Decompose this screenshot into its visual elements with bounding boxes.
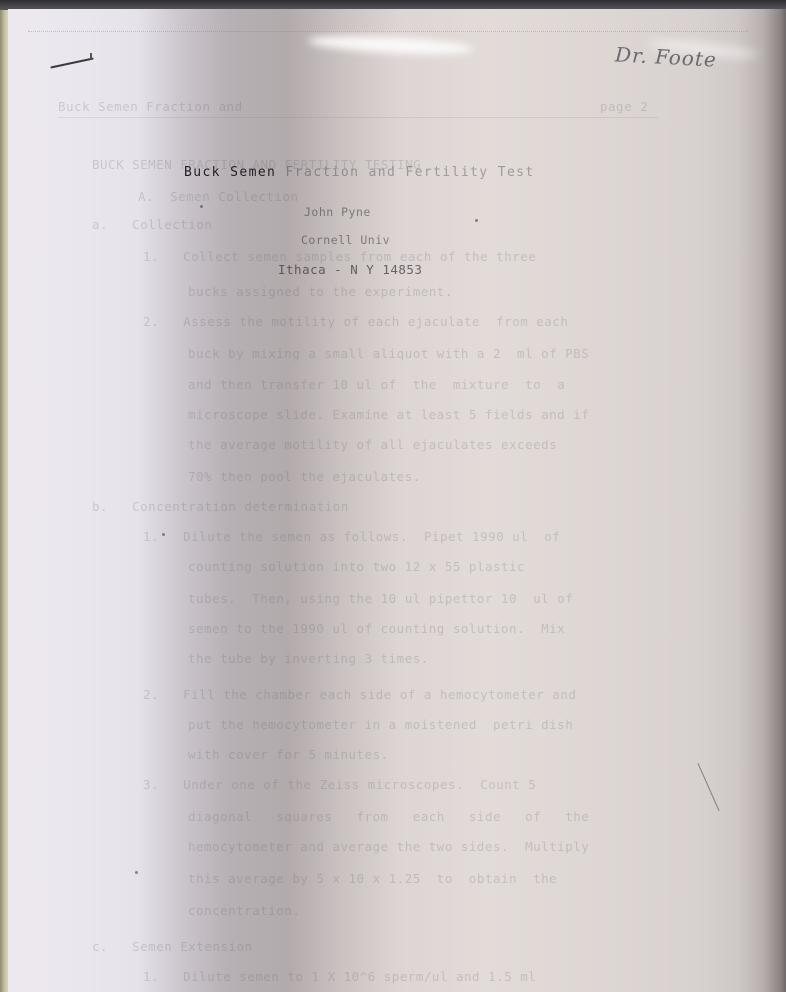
- address: Ithaca - N Y 14853: [278, 262, 422, 277]
- scan-glare: [308, 33, 474, 58]
- bleed-through-line: 70% then pool the ejaculates.: [188, 469, 421, 484]
- bleed-through-line: A. Semen Collection: [138, 189, 299, 204]
- author-name: John Pyne: [304, 205, 371, 219]
- bleed-through-line: b. Concentration determination: [92, 499, 349, 514]
- bleed-through-line: 2. Fill the chamber each side of a hemoc…: [143, 687, 576, 702]
- ink-speck: [475, 219, 478, 222]
- bleed-through-line: hemocytometer and average the two sides.…: [188, 839, 589, 854]
- handwritten-note: Dr. Foote: [614, 42, 717, 71]
- bleed-through-header: Buck Semen Fraction and: [58, 99, 243, 114]
- bleed-through-line: 2. Assess the motility of each ejaculate…: [143, 314, 568, 329]
- affiliation: Cornell Univ: [301, 233, 390, 247]
- bleed-through-line: a. Collection: [92, 217, 212, 232]
- bleed-through-line: 1. Dilute the semen as follows. Pipet 19…: [143, 529, 560, 544]
- bleed-through-line: this average by 5 x 10 x 1.25 to obtain …: [188, 871, 557, 886]
- perforation-line: [28, 31, 748, 32]
- bleed-through-line: concentration.: [188, 903, 300, 918]
- bleed-through-line: the tube by inverting 3 times.: [188, 651, 429, 666]
- bleed-through-line: semen to the 1990 ul of counting solutio…: [188, 621, 565, 636]
- bleed-through-line: with cover for 5 minutes.: [188, 747, 389, 762]
- bleed-through-line: put the hemocytometer in a moistened pet…: [188, 717, 573, 732]
- document-page: Dr. Foote Buck Semen Fraction and page 2…: [8, 9, 786, 992]
- ink-speck: [200, 205, 203, 208]
- pen-mark: [50, 57, 93, 68]
- document-title: Buck Semen Fraction and Fertility Test: [184, 165, 535, 180]
- bleed-through-line: 1. Dilute semen to 1 X 10^6 sperm/ul and…: [143, 969, 536, 984]
- bleed-through-line: 3. Under one of the Zeiss microscopes. C…: [143, 777, 536, 792]
- pen-mark: [90, 53, 92, 59]
- bleed-through-line: and then transfer 10 ul of the mixture t…: [188, 377, 565, 392]
- bleed-through-rule: [58, 117, 658, 118]
- bleed-through-line: buck by mixing a small aliquot with a 2 …: [188, 346, 589, 361]
- bleed-through-line: counting solution into two 12 x 55 plast…: [188, 559, 525, 574]
- bleed-through-line: c. Semen Extension: [92, 939, 253, 954]
- bleed-through-line: tubes. Then, using the 10 ul pipettor 10…: [188, 591, 573, 606]
- title-faded: Fraction and Fertility Test: [276, 165, 534, 180]
- ink-speck: [135, 871, 138, 874]
- bleed-through-page-label: page 2: [600, 99, 648, 114]
- scratch-mark: [697, 763, 719, 811]
- bleed-through-line: microscope slide. Examine at least 5 fie…: [188, 407, 589, 422]
- title-visible: Buck Semen: [184, 165, 276, 180]
- bleed-through-line: diagonal squares from each side of the: [188, 809, 589, 824]
- ink-speck: [162, 533, 165, 536]
- bleed-through-line: the average motility of all ejaculates e…: [188, 437, 557, 452]
- bleed-through-line: bucks assigned to the experiment.: [188, 284, 453, 299]
